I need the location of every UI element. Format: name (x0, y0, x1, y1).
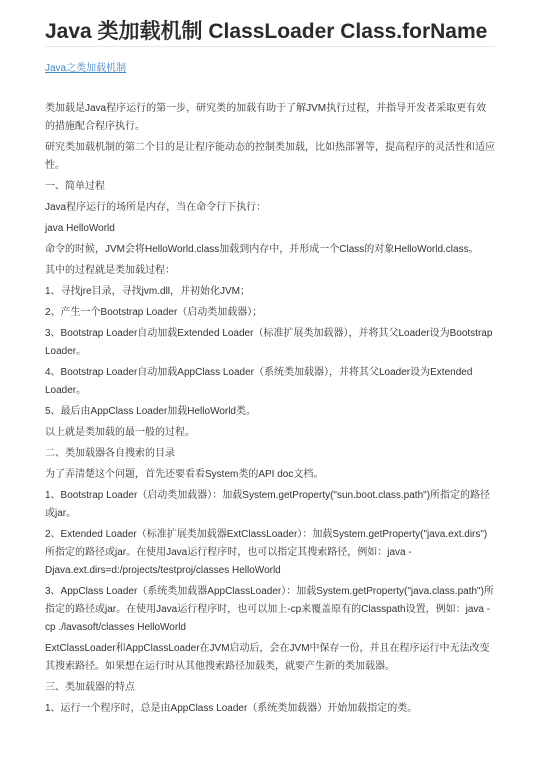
paragraph: 以上就是类加载的最一般的过程。 (45, 424, 495, 442)
article-body: 类加载是Java程序运行的第一步，研究类的加载有助于了解JVM执行过程，并指导开… (45, 100, 495, 718)
paragraph: 4、Bootstrap Loader自动加载AppClass Loader（系统… (45, 364, 495, 400)
paragraph: 一、简单过程 (45, 178, 495, 196)
article: Java 类加载机制 ClassLoader Class.forName Jav… (45, 0, 495, 718)
paragraph: Java程序运行的场所是内存，当在命令行下执行： (45, 199, 495, 217)
paragraph: 2、产生一个Bootstrap Loader（启动类加载器）； (45, 304, 495, 322)
article-link[interactable]: Java之类加载机制 (45, 63, 126, 74)
page-title: Java 类加载机制 ClassLoader Class.forName (45, 19, 495, 44)
paragraph: 1、Bootstrap Loader（启动类加载器）：加载System.getP… (45, 487, 495, 523)
paragraph: 5、最后由AppClass Loader加载HelloWorld类。 (45, 403, 495, 421)
paragraph: 3、AppClass Loader（系统类加载器AppClassLoader）：… (45, 583, 495, 637)
paragraph: 研究类加载机制的第二个目的是让程序能动态的控制类加载，比如热部署等，提高程序的灵… (45, 139, 495, 175)
paragraph: 1、寻找jre目录，寻找jvm.dll，并初始化JVM； (45, 283, 495, 301)
document-page: Java 类加载机制 ClassLoader Class.forName Jav… (0, 0, 547, 758)
paragraph: 其中的过程就是类加载过程： (45, 262, 495, 280)
paragraph: 为了弄清楚这个问题，首先还要看看System类的API doc文档。 (45, 466, 495, 484)
paragraph: 2、Extended Loader（标准扩展类加载器ExtClassLoader… (45, 526, 495, 580)
paragraph: 命令的时候，JVM会将HelloWorld.class加载到内存中，并形成一个C… (45, 241, 495, 259)
paragraph: 二、类加载器各自搜索的目录 (45, 445, 495, 463)
paragraph: 类加载是Java程序运行的第一步，研究类的加载有助于了解JVM执行过程，并指导开… (45, 100, 495, 136)
paragraph: ExtClassLoader和AppClassLoader在JVM启动后，会在J… (45, 640, 495, 676)
title-divider (45, 46, 495, 47)
paragraph: 3、Bootstrap Loader自动加载Extended Loader（标准… (45, 325, 495, 361)
link-row: Java之类加载机制 (45, 62, 495, 76)
paragraph: java HelloWorld (45, 220, 495, 238)
paragraph: 1、运行一个程序时，总是由AppClass Loader（系统类加载器）开始加载… (45, 700, 495, 718)
paragraph: 三、类加载器的特点 (45, 679, 495, 697)
